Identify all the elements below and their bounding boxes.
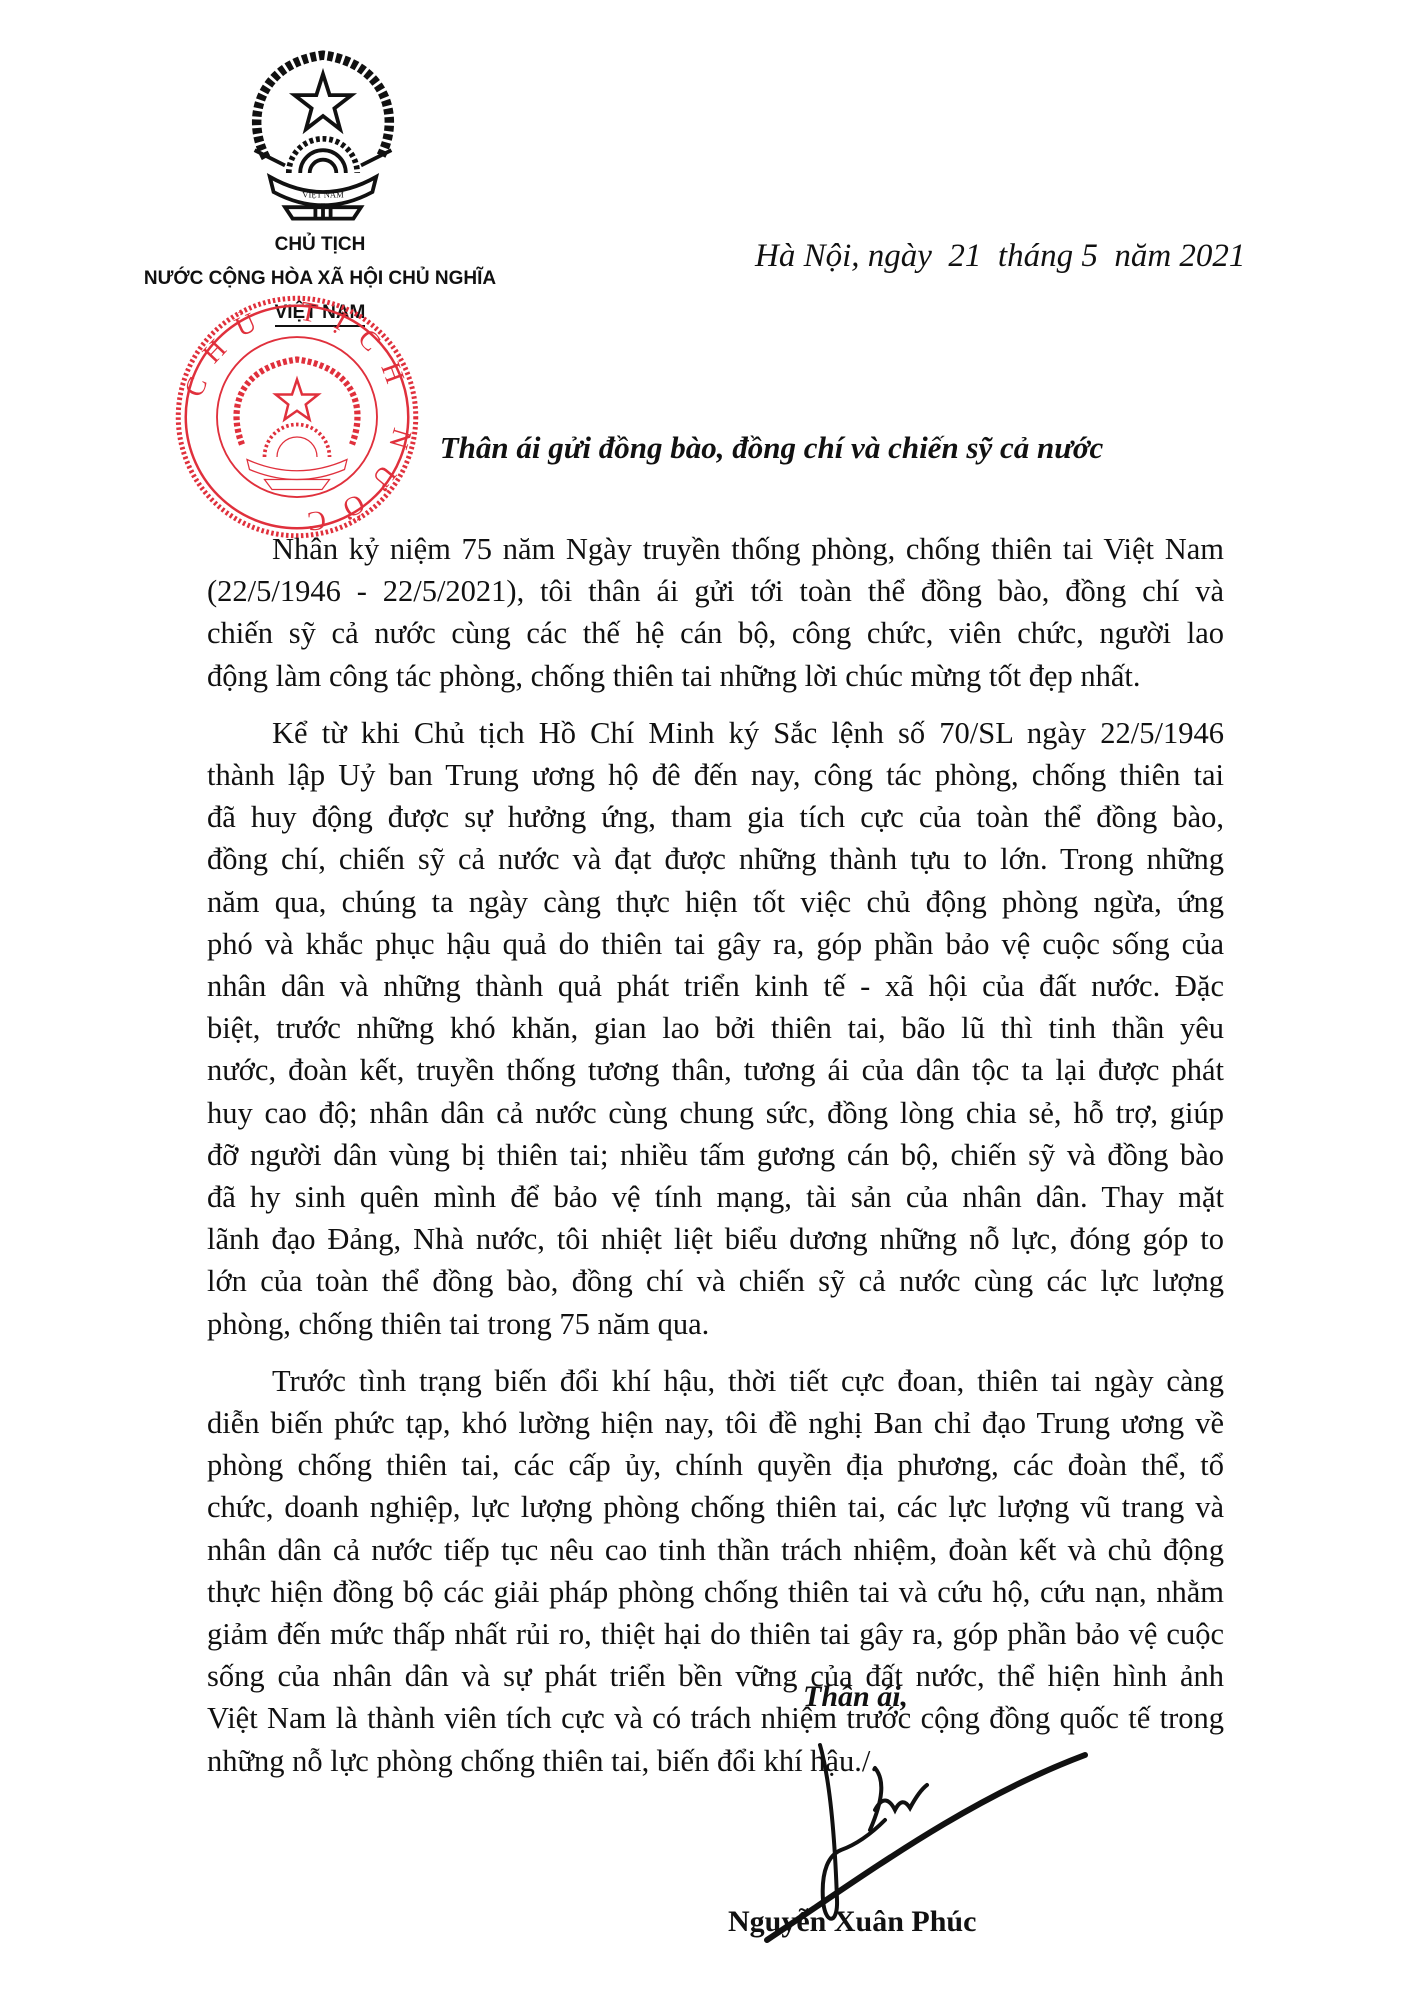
letter-body: Nhân kỷ niệm 75 năm Ngày truyền thống ph…: [207, 528, 1224, 1797]
paragraph-line: đã huy động được sự hưởng ứng, tham gia …: [207, 796, 1224, 838]
national-emblem-icon: VIỆT NAM: [228, 40, 418, 230]
paragraph-line: Kể từ khi Chủ tịch Hồ Chí Minh ký Sắc lệ…: [207, 712, 1224, 754]
paragraph-line: huy cao độ; nhân dân cả nước cùng chung …: [207, 1092, 1224, 1134]
paragraph-line: biệt, trước những khó khăn, gian lao bởi…: [207, 1007, 1224, 1049]
svg-text:CHỦ TỊCH NƯỚC: CHỦ TỊCH NƯỚC: [178, 295, 419, 540]
authority-line-1: CHỦ TỊCH: [100, 228, 540, 262]
place-date: Hà Nội, ngày 21 tháng 5 năm 2021: [755, 238, 1245, 275]
paragraph-line: phòng, chống thiên tai trong 75 năm qua.: [207, 1303, 1224, 1345]
paragraph-line: phó và khắc phục hậu quả do thiên tai gâ…: [207, 923, 1224, 965]
paragraph-line: giảm đến mức thấp nhất rủi ro, thiệt hại…: [207, 1613, 1224, 1655]
paragraph: Kể từ khi Chủ tịch Hồ Chí Minh ký Sắc lệ…: [207, 712, 1224, 1345]
svg-text:VIỆT NAM: VIỆT NAM: [302, 190, 344, 200]
paragraph-line: nhân dân và những thành quả phát triển k…: [207, 965, 1224, 1007]
paragraph-line: thực hiện đồng bộ các giải pháp phòng ch…: [207, 1571, 1224, 1613]
paragraph-line: đỡ người dân vùng bị thiên tai; nhiều tấ…: [207, 1134, 1224, 1176]
paragraph-line: Trước tình trạng biến đổi khí hậu, thời …: [207, 1360, 1224, 1402]
paragraph-line: Nhân kỷ niệm 75 năm Ngày truyền thống ph…: [207, 528, 1224, 570]
paragraph-line: lớn của toàn thể đồng bào, đồng chí và c…: [207, 1260, 1224, 1302]
letter-title: Thân ái gửi đồng bào, đồng chí và chiến …: [0, 430, 1413, 466]
paragraph-line: thành lập Uỷ ban Trung ương hộ đê đến na…: [207, 754, 1224, 796]
paragraph-line: động làm công tác phòng, chống thiên tai…: [207, 655, 1224, 697]
paragraph-line: nước, đoàn kết, truyền thống tương thân,…: [207, 1049, 1224, 1091]
paragraph-line: đồng chí, chiến sỹ cả nước và đạt được n…: [207, 838, 1224, 880]
authority-line-2: NƯỚC CỘNG HÒA XÃ HỘI CHỦ NGHĨA: [100, 262, 540, 296]
paragraph-line: diễn biến phức tạp, khó lường hiện nay, …: [207, 1402, 1224, 1444]
paragraph-line: chiến sỹ cả nước cùng các thế hệ cán bộ,…: [207, 612, 1224, 654]
paragraph-line: chức, doanh nghiệp, lực lượng phòng chốn…: [207, 1486, 1224, 1528]
paragraph-line: nhân dân cả nước tiếp tục nêu cao tinh t…: [207, 1529, 1224, 1571]
paragraph-line: phòng chống thiên tai, các cấp ủy, chính…: [207, 1444, 1224, 1486]
paragraph-line: đã hy sinh quên mình để bảo vệ tính mạng…: [207, 1176, 1224, 1218]
red-official-seal-icon: CHỦ TỊCH NƯỚC: [172, 292, 422, 542]
paragraph: Nhân kỷ niệm 75 năm Ngày truyền thống ph…: [207, 528, 1224, 697]
signer-name: Nguyễn Xuân Phúc: [728, 1905, 976, 1939]
paragraph-line: lãnh đạo Đảng, Nhà nước, tôi nhiệt liệt …: [207, 1218, 1224, 1260]
paragraph-line: năm qua, chúng ta ngày càng thực hiện tố…: [207, 881, 1224, 923]
paragraph-line: sống của nhân dân và sự phát triển bền v…: [207, 1655, 1224, 1697]
paragraph-line: (22/5/1946 - 22/5/2021), tôi thân ái gửi…: [207, 570, 1224, 612]
